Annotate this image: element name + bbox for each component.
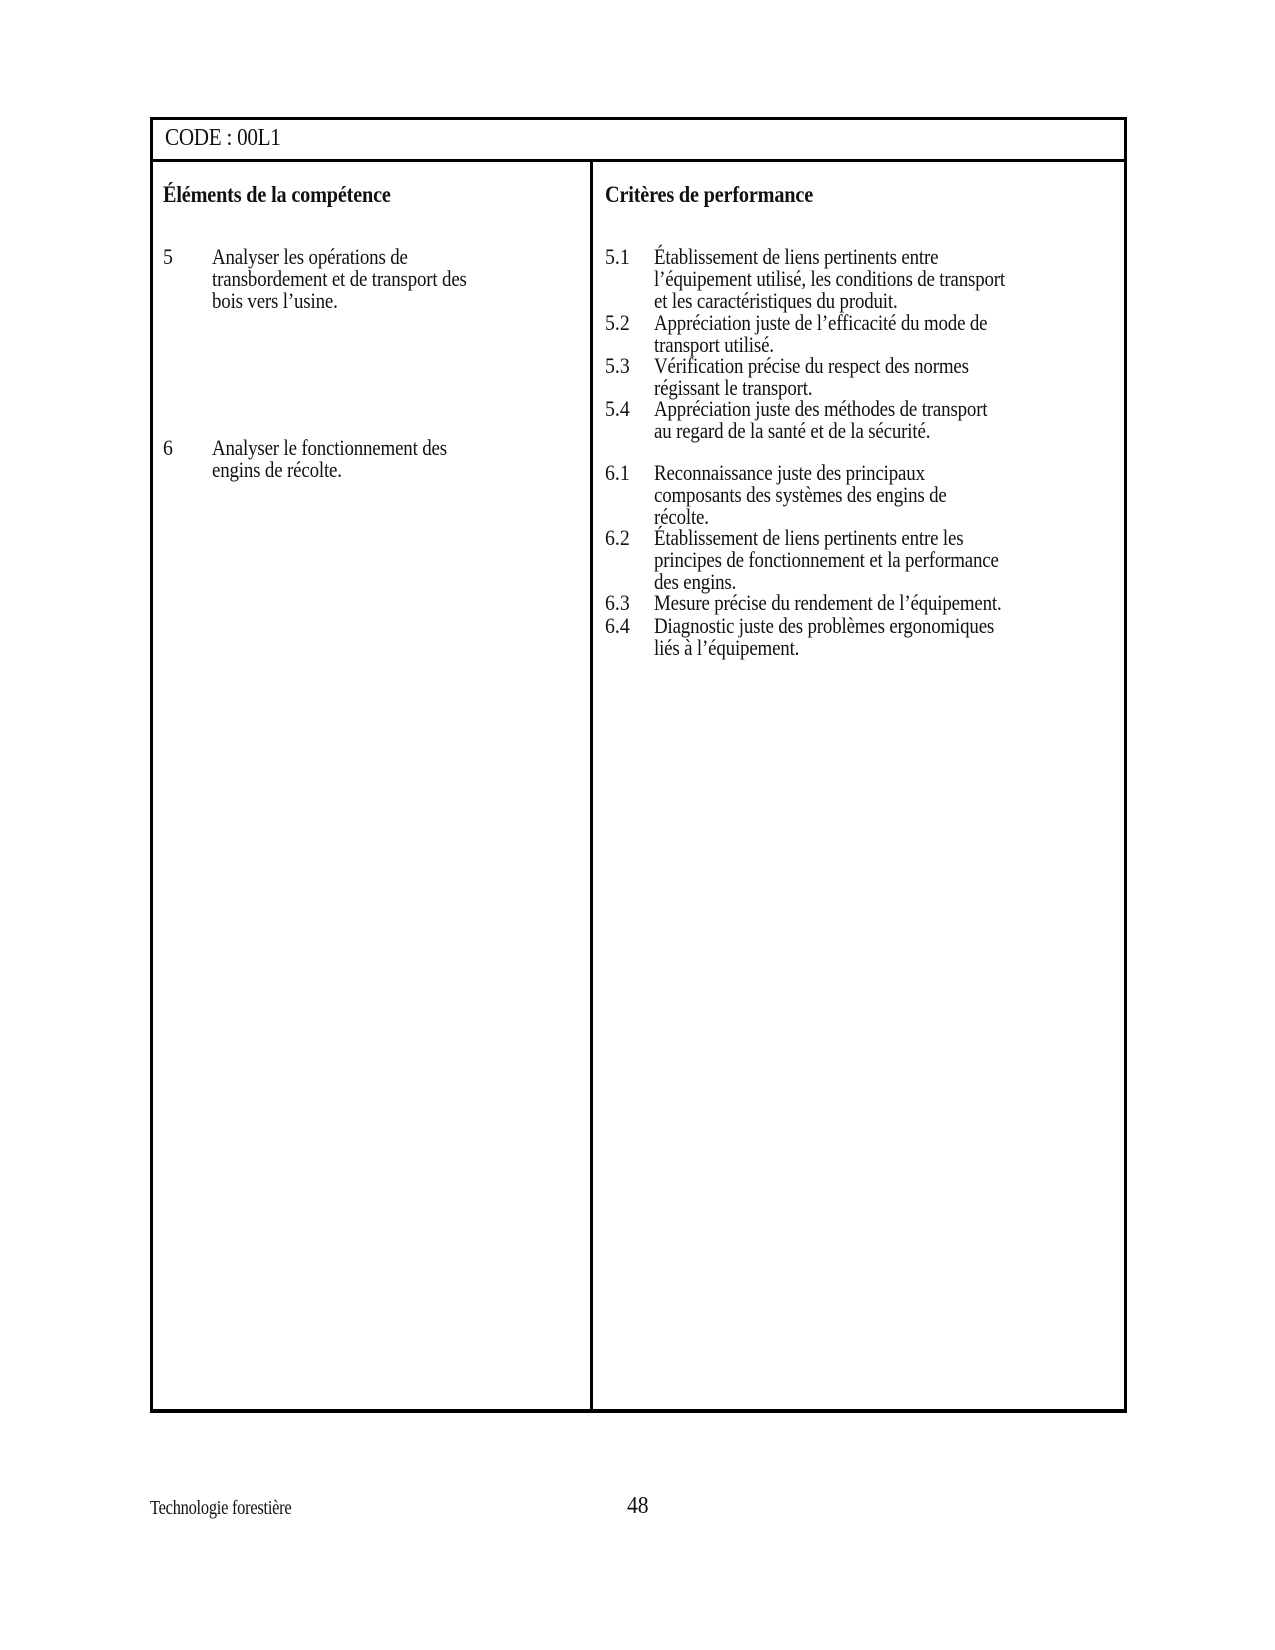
footer-program-name: Technologie forestière [150, 1497, 291, 1520]
criterion-number: 6.1 [605, 462, 630, 484]
code-row: CODE : 00L1 [153, 120, 1124, 162]
criterion-number: 6.2 [605, 527, 630, 549]
competency-table: CODE : 00L1 Éléments de la compétence 5A… [150, 117, 1127, 1413]
code-label: CODE : 00L1 [165, 125, 281, 152]
criterion-text: Appréciation juste des méthodes de trans… [654, 398, 987, 442]
element-number: 5 [163, 246, 173, 268]
criterion-number: 5.3 [605, 355, 630, 377]
element-text: Analyser le fonctionnement desengins de … [212, 437, 447, 481]
element-number: 6 [163, 437, 173, 459]
criterion-number: 6.4 [605, 615, 630, 637]
criterion-text: Vérification précise du respect des norm… [654, 355, 969, 399]
criterion-text: Mesure précise du rendement de l’équipem… [654, 592, 1002, 614]
criterion-number: 6.3 [605, 592, 630, 614]
criterion-text: Appréciation juste de l’efficacité du mo… [654, 312, 987, 356]
page-number: 48 [627, 1493, 649, 1520]
criterion-text: Établissement de liens pertinents entrel… [654, 246, 1005, 312]
criterion-text: Diagnostic juste des problèmes ergonomiq… [654, 615, 994, 659]
criterion-number: 5.1 [605, 246, 630, 268]
criterion-number: 5.4 [605, 398, 630, 420]
criterion-text: Reconnaissance juste des principauxcompo… [654, 462, 947, 528]
column-divider [590, 159, 593, 1409]
criterion-text: Établissement de liens pertinents entre … [654, 527, 999, 593]
elements-heading: Éléments de la compétence [163, 182, 391, 208]
element-text: Analyser les opérations detransbordement… [212, 246, 467, 312]
criterion-number: 5.2 [605, 312, 630, 334]
criteria-heading: Critères de performance [605, 182, 813, 208]
